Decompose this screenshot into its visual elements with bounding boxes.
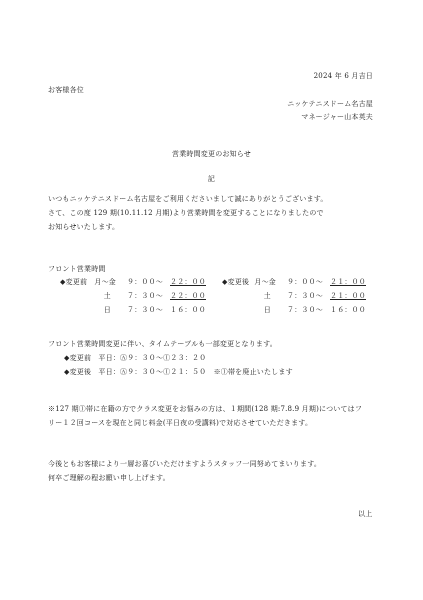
end-time: ２１：００ — [330, 292, 366, 301]
end-time: １６：００ — [330, 306, 366, 315]
start-time: ７：３０～ — [127, 292, 163, 301]
start-time: ９：００～ — [127, 278, 163, 287]
end-time: ２１：００ — [330, 278, 366, 287]
front-hours-heading: フロント営業時間 — [48, 265, 106, 274]
ki-heading: 記 — [0, 175, 423, 184]
day-label: 月～金 — [80, 278, 116, 287]
timetable-before: ◆変更前 平日：Ⓐ９：３０～Ⓘ２３：２０ — [64, 354, 206, 363]
day-label: 土 — [80, 292, 111, 301]
start-time: ７：３０～ — [287, 306, 323, 315]
day-label: 土 — [240, 292, 271, 301]
recipient: お客様各位 — [48, 86, 84, 95]
note-line-2: リー１２回コースを現在と同じ料金(平日夜の受講料)で対応させていただきます。 — [48, 419, 312, 428]
start-time: ７：３０～ — [127, 306, 163, 315]
start-time: ９：００～ — [287, 278, 323, 287]
day-label: 日 — [240, 306, 271, 315]
intro-line-2: さて、この度 129 期(10.11.12 月期)より営業時間を変更することにな… — [48, 209, 324, 218]
timetable-heading: フロント営業時間変更に伴い、タイムテーブルも一部変更となります。 — [48, 340, 277, 349]
sender-org: ニッケテニスドーム名古屋 — [287, 100, 373, 109]
day-label: 日 — [80, 306, 111, 315]
document-title: 営業時間変更のお知らせ — [0, 150, 423, 159]
intro-line-3: お知らせいたします。 — [48, 223, 119, 232]
note-line-1: ※127 期Ⓘ帯に在籍の方でクラス変更をお悩みの方は、１期間(128 期:7.8… — [48, 405, 362, 414]
day-label: 月～金 — [240, 278, 276, 287]
end-time: ２２：００ — [170, 278, 206, 287]
end-time: ２２：００ — [170, 292, 206, 301]
start-time: ７：３０～ — [287, 292, 323, 301]
intro-line-1: いつもニッケテニスドーム名古屋をご利用くださいまして誠にありがとうございます。 — [48, 195, 328, 204]
ijo: 以上 — [358, 510, 372, 519]
end-time: １６：００ — [170, 306, 206, 315]
timetable-after: ◆変更後 平日：Ⓐ９：３０～Ⓘ２１：５０ ※Ⓘ帯を廃止いたします — [64, 368, 293, 377]
closing-line-1: 今後ともお客様により一層お喜びいただけますようスタッフ一同努めてまいります。 — [48, 460, 321, 469]
sender-name: マネージャー山本英夫 — [301, 113, 373, 122]
date: 2024 年 6 月吉日 — [314, 72, 373, 81]
closing-line-2: 何卒ご理解の程お願い申し上げます。 — [48, 474, 170, 483]
